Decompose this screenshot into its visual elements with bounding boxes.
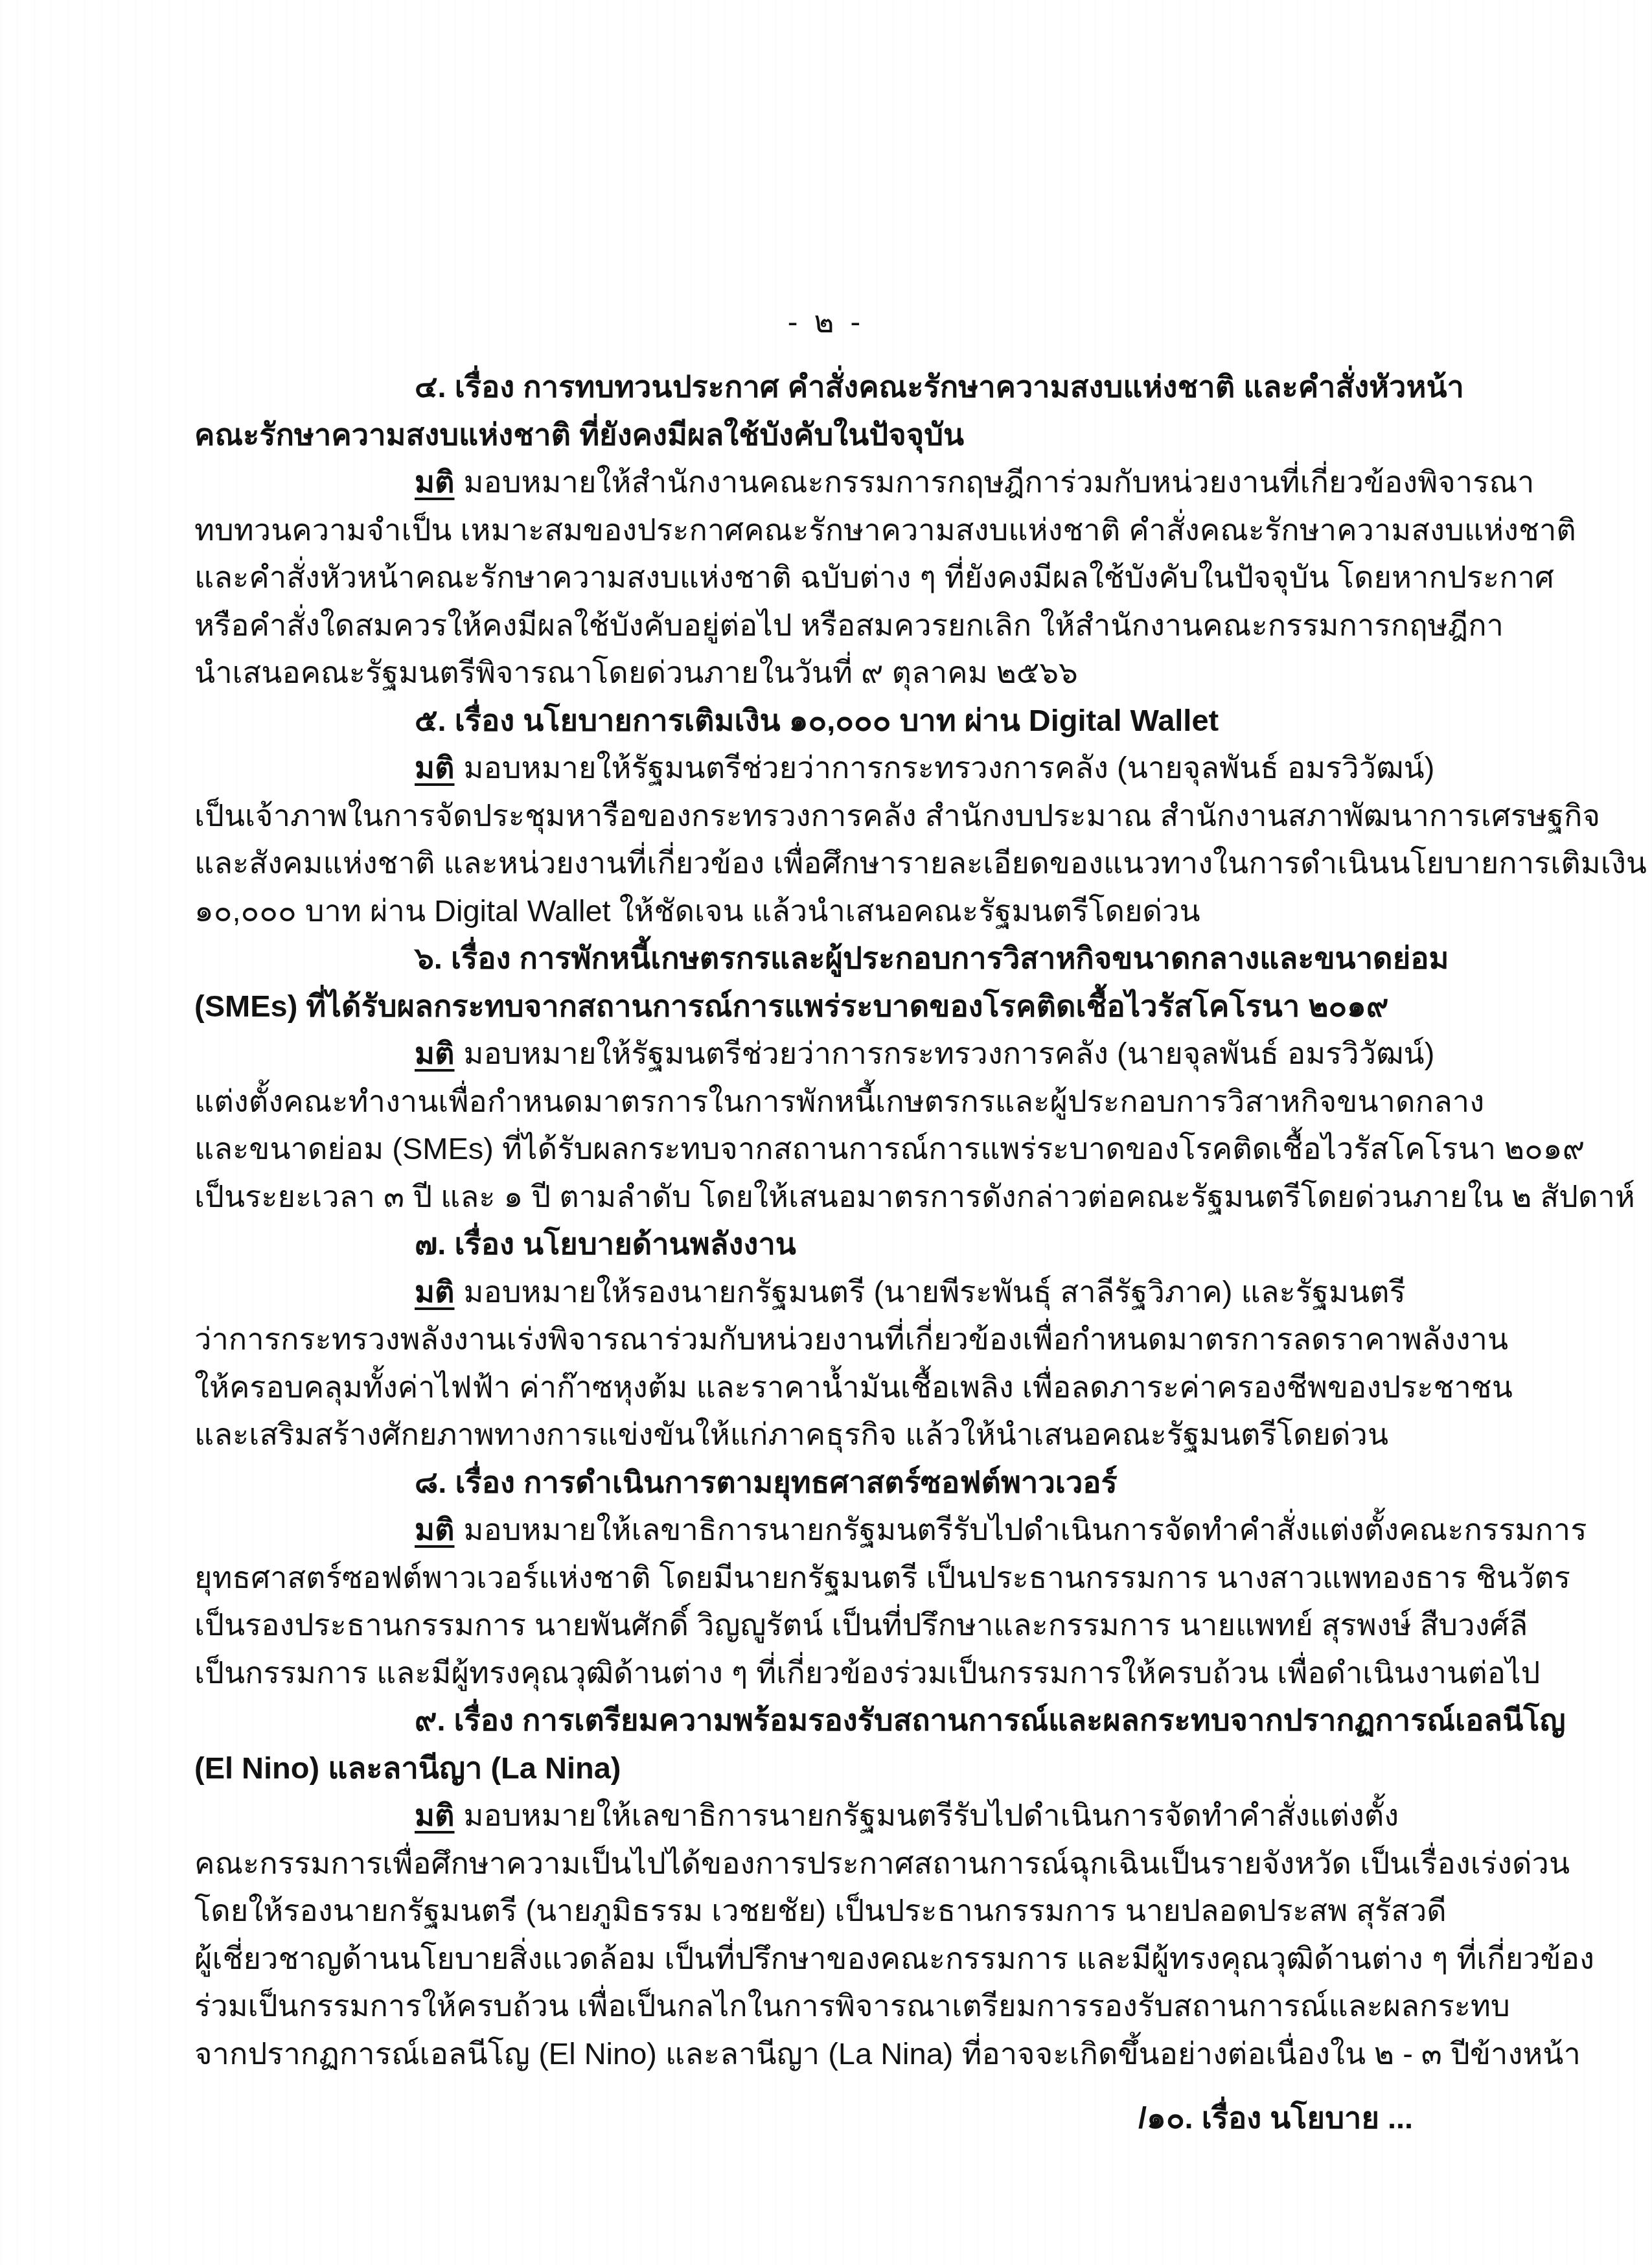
resolution-body-line: มติมอบหมายให้รัฐมนตรีช่วยว่าการกระทรวงกา… — [194, 744, 1480, 792]
resolution-label: มติ — [415, 1798, 455, 1832]
section-heading-line: คณะรักษาความสงบแห่งชาติ ที่ยังคงมีผลใช้บ… — [194, 411, 1480, 459]
resolution-body-line: มติมอบหมายให้เลขาธิการนายกรัฐมนตรีรับไปด… — [194, 1791, 1480, 1839]
resolution-body-line: มติมอบหมายให้รัฐมนตรีช่วยว่าการกระทรวงกา… — [194, 1029, 1480, 1077]
resolution-body-line: และคำสั่งหัวหน้าคณะรักษาความสงบแห่งชาติ … — [194, 553, 1480, 601]
resolution-body-line: เป็นระยะเวลา ๓ ปี และ ๑ ปี ตามลำดับ โดยใ… — [194, 1173, 1480, 1221]
section-heading-line: (El Nino) และลานีญา (La Nina) — [194, 1744, 1480, 1792]
resolution-body-line: จากปรากฏการณ์เอลนีโญ (El Nino) และลานีญา… — [194, 2030, 1480, 2078]
resolution-body-line: และสังคมแห่งชาติ และหน่วยงานที่เกี่ยวข้อ… — [194, 839, 1480, 887]
resolution-body-line: ผู้เชี่ยวชาญด้านนโยบายสิ่งแวดล้อม เป็นที… — [194, 1935, 1480, 1983]
document-body: ๔. เรื่อง การทบทวนประกาศ คำสั่งคณะรักษาค… — [194, 363, 1480, 2077]
section-heading-line: (SMEs) ที่ได้รับผลกระทบจากสถานการณ์การแพ… — [194, 982, 1480, 1030]
sections: ๔. เรื่อง การทบทวนประกาศ คำสั่งคณะรักษาค… — [194, 363, 1480, 2077]
resolution-section: ๗. เรื่อง นโยบายด้านพลังงานมติมอบหมายให้… — [194, 1220, 1480, 1458]
resolution-body-line: มติมอบหมายให้สำนักงานคณะกรรมการกฤษฎีการ่… — [194, 458, 1480, 506]
resolution-section: ๙. เรื่อง การเตรียมความพร้อมรองรับสถานกา… — [194, 1696, 1480, 2077]
section-heading-line: ๔. เรื่อง การทบทวนประกาศ คำสั่งคณะรักษาค… — [194, 363, 1480, 411]
resolution-body-line: และขนาดย่อม (SMEs) ที่ได้รับผลกระทบจากสถ… — [194, 1125, 1480, 1173]
section-heading-line: ๗. เรื่อง นโยบายด้านพลังงาน — [194, 1220, 1480, 1268]
document-page: - ๒ - ๔. เรื่อง การทบทวนประกาศ คำสั่งคณะ… — [0, 0, 1652, 2265]
resolution-body-line: เป็นรองประธานกรรมการ นายพันศักดิ์ วิญญูร… — [194, 1601, 1480, 1649]
resolution-section: ๕. เรื่อง นโยบายการเติมเงิน ๑๐,๐๐๐ บาท ผ… — [194, 696, 1480, 935]
resolution-body-line: ทบทวนความจำเป็น เหมาะสมของประกาศคณะรักษา… — [194, 506, 1480, 554]
resolution-section: ๘. เรื่อง การดำเนินการตามยุทธศาสตร์ซอฟต์… — [194, 1458, 1480, 1697]
resolution-body-line: ยุทธศาสตร์ซอฟต์พาวเวอร์แห่งชาติ โดยมีนาย… — [194, 1554, 1480, 1602]
resolution-body-line: ร่วมเป็นกรรมการให้ครบถ้วน เพื่อเป็นกลไกใ… — [194, 1982, 1480, 2030]
section-heading-line: ๖. เรื่อง การพักหนี้เกษตรกรและผู้ประกอบก… — [194, 934, 1480, 982]
resolution-body-line: มติมอบหมายให้เลขาธิการนายกรัฐมนตรีรับไปด… — [194, 1506, 1480, 1554]
resolution-body-line: หรือคำสั่งใดสมควรให้คงมีผลใช้บังคับอยู่ต… — [194, 601, 1480, 649]
resolution-body-line: ให้ครอบคลุมทั้งค่าไฟฟ้า ค่าก๊าซหุงต้ม แล… — [194, 1363, 1480, 1411]
resolution-body-line: เป็นกรรมการ และมีผู้ทรงคุณวุฒิด้านต่าง ๆ… — [194, 1649, 1480, 1697]
resolution-body-line: แต่งตั้งคณะทำงานเพื่อกำหนดมาตรการในการพั… — [194, 1077, 1480, 1125]
resolution-label: มติ — [415, 465, 455, 499]
resolution-body-line: โดยให้รองนายกรัฐมนตรี (นายภูมิธรรม เวชยช… — [194, 1887, 1480, 1935]
resolution-body-line: ว่าการกระทรวงพลังงานเร่งพิจารณาร่วมกับหน… — [194, 1315, 1480, 1363]
resolution-section: ๔. เรื่อง การทบทวนประกาศ คำสั่งคณะรักษาค… — [194, 363, 1480, 696]
resolution-body-line: ๑๐,๐๐๐ บาท ผ่าน Digital Wallet ให้ชัดเจน… — [194, 887, 1480, 935]
resolution-body-line: มติมอบหมายให้รองนายกรัฐมนตรี (นายพีระพัน… — [194, 1268, 1480, 1316]
resolution-body-line: เป็นเจ้าภาพในการจัดประชุมหารือของกระทรวง… — [194, 792, 1480, 840]
resolution-section: ๖. เรื่อง การพักหนี้เกษตรกรและผู้ประกอบก… — [194, 934, 1480, 1220]
resolution-body-line: นำเสนอคณะรัฐมนตรีพิจารณาโดยด่วนภายในวันท… — [194, 649, 1480, 696]
section-heading-line: ๕. เรื่อง นโยบายการเติมเงิน ๑๐,๐๐๐ บาท ผ… — [194, 696, 1480, 744]
resolution-label: มติ — [415, 1036, 455, 1070]
section-heading-line: ๘. เรื่อง การดำเนินการตามยุทธศาสตร์ซอฟต์… — [194, 1458, 1480, 1506]
continuation-note: /๑๐. เรื่อง นโยบาย ... — [1138, 2094, 1413, 2142]
section-heading-line: ๙. เรื่อง การเตรียมความพร้อมรองรับสถานกา… — [194, 1696, 1480, 1744]
resolution-body-line: และเสริมสร้างศักยภาพทางการแข่งขันให้แก่ภ… — [194, 1410, 1480, 1458]
resolution-label: มติ — [415, 750, 455, 785]
resolution-body-line: คณะกรรมการเพื่อศึกษาความเป็นไปได้ของการป… — [194, 1839, 1480, 1887]
page-number: - ๒ - — [0, 298, 1652, 346]
resolution-label: มติ — [415, 1274, 455, 1309]
resolution-label: มติ — [415, 1512, 455, 1546]
